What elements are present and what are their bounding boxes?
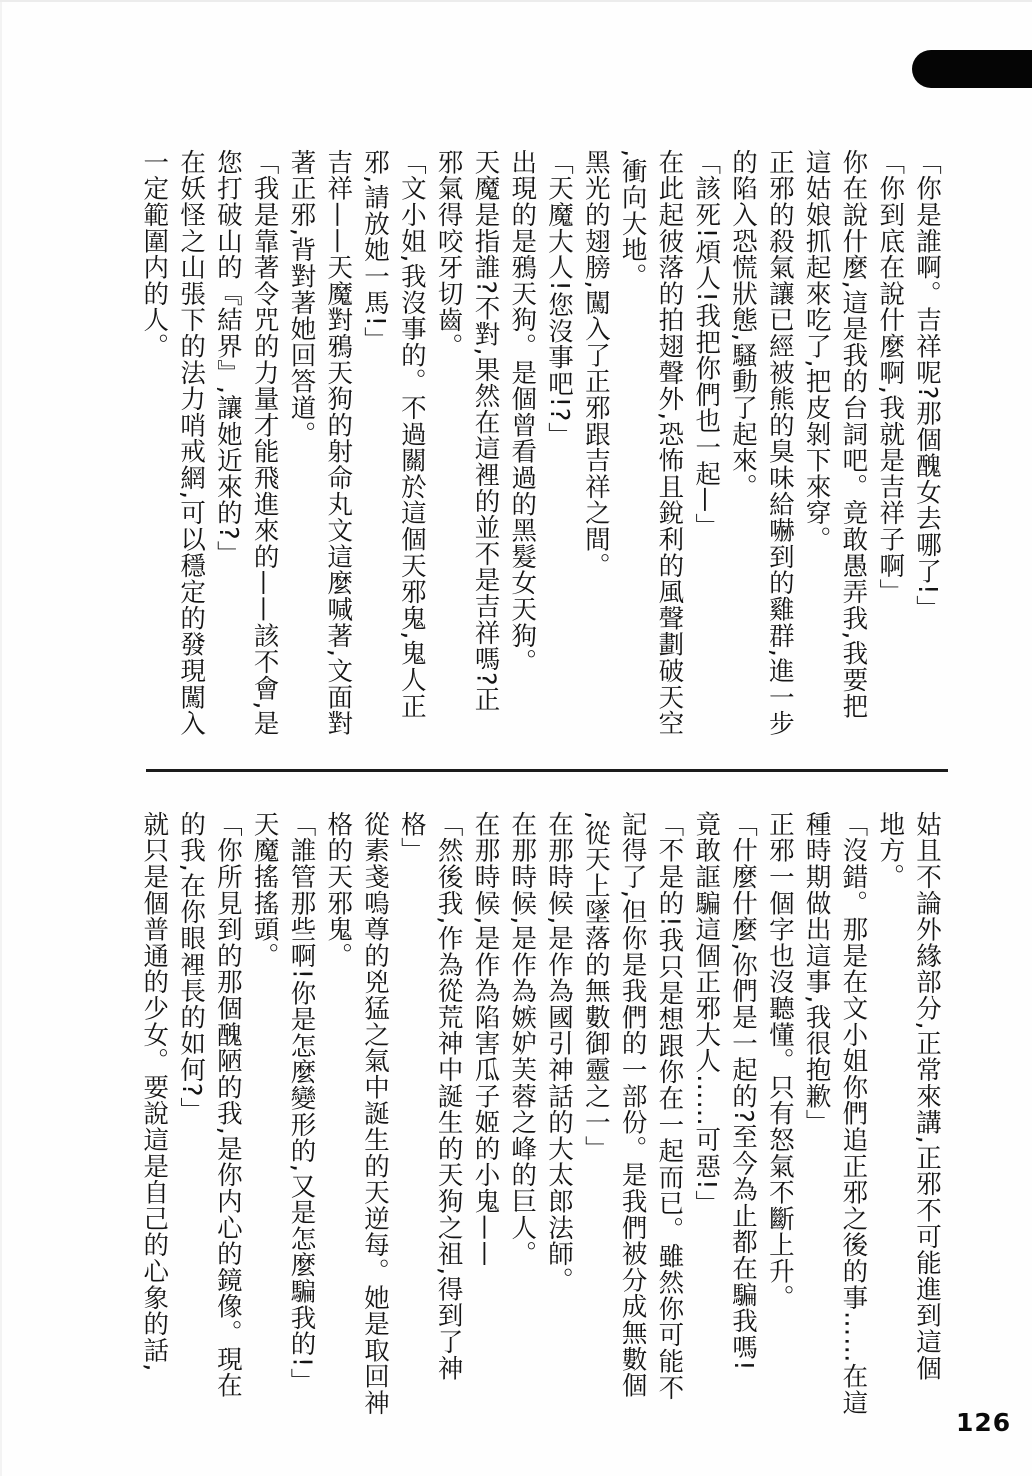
- text-line: 出現的是鴉天狗。是個曾看過的黑髮女天狗。: [503, 149, 540, 761]
- text-line: 「沒錯。那是在文小姐你們追正邪之後的事……在這: [835, 811, 872, 1429]
- text-line: ,衝向大地。: [614, 149, 651, 761]
- text-line: 就只是個普通的少女。要說這是自己的心象的話,: [135, 811, 172, 1429]
- text-line: 「你是誰啊。吉祥呢?那個醜女去哪了!」: [908, 149, 945, 761]
- text-line: 黑光的翅膀,闖入了正邪跟吉祥之間。: [577, 149, 614, 761]
- text-line: 格的天邪鬼。: [319, 811, 356, 1429]
- text-line: 竟敢誆騙這個正邪大人……可惡!」: [687, 811, 724, 1429]
- text-line: 正邪的殺氣讓已經被熊的臭味給嚇到的雞群,進一步: [761, 149, 798, 761]
- text-line: 天魔是指誰?不對,果然在這裡的並不是吉祥嗎?正: [467, 149, 504, 761]
- text-line: 姑且不論外緣部分,正常來講,正邪不可能進到這個: [908, 811, 945, 1429]
- text-line: 地方。: [871, 811, 908, 1429]
- text-line: 記得了,但你是我們的一部份。是我們被分成無數個: [614, 811, 651, 1429]
- text-line: 的陷入恐慌狀態,騷動了起來。: [724, 149, 761, 761]
- text-line: 「你到底在說什麼啊,我就是吉祥子啊」: [871, 149, 908, 761]
- text-line: 在那時候,是作為陷害瓜子姬的小鬼——: [467, 811, 504, 1429]
- text-line: 您打破山的『結界』,讓她近來的?」: [209, 149, 246, 761]
- text-line: 在那時候,是作為國引神話的大太郎法師。: [540, 811, 577, 1429]
- text-line: 在那時候,是作為嫉妒芙蓉之峰的巨人。: [503, 811, 540, 1429]
- text-line: 你在說什麼,這是我的台詞吧。竟敢愚弄我,我要把: [835, 149, 872, 761]
- top-text-block: 「你是誰啊。吉祥呢?那個醜女去哪了!」「你到底在說什麼啊,我就是吉祥子啊」你在說…: [133, 149, 945, 761]
- section-divider: [146, 769, 948, 772]
- text-line: 一定範圍内的人。: [135, 149, 172, 761]
- text-line: 「該死!煩人!我把你們也一起—」: [687, 149, 724, 761]
- chapter-tab-mark: [912, 50, 1032, 88]
- page-number: 126: [956, 1408, 1011, 1437]
- text-line: 邪,請放她一馬!」: [356, 149, 393, 761]
- text-line: 著正邪,背對著她回答道。: [283, 149, 320, 761]
- text-line: 「天魔大人!您沒事吧!?」: [540, 149, 577, 761]
- text-line: 從素戔嗚尊的兇猛之氣中誕生的天逆每。她是取回神: [356, 811, 393, 1429]
- text-line: 在妖怪之山張下的法力哨戒網,可以穩定的發現闖入: [172, 149, 209, 761]
- text-line: 正邪一個字也沒聽懂。只有怒氣不斷上升。: [761, 811, 798, 1429]
- text-line: 的我,在你眼裡長的如何?」: [172, 811, 209, 1429]
- text-line: 吉祥——天魔對鴉天狗的射命丸文這麼喊著,文面對: [319, 149, 356, 761]
- text-line: 天魔搖搖頭。: [246, 811, 283, 1429]
- text-line: 「誰管那些啊!你是怎麼變形的,又是怎麼騙我的!」: [283, 811, 320, 1429]
- text-line: ,從天上墜落的無數御靈之一」: [577, 811, 614, 1429]
- text-line: 「文小姐,我沒事的。不過關於這個天邪鬼,鬼人正: [393, 149, 430, 761]
- text-line: 「我是靠著令咒的力量才能飛進來的——該不會,是: [246, 149, 283, 761]
- text-line: 邪氣得咬牙切齒。: [430, 149, 467, 761]
- book-page: 「你是誰啊。吉祥呢?那個醜女去哪了!」「你到底在說什麼啊,我就是吉祥子啊」你在說…: [0, 0, 1032, 1476]
- text-line: 種時期做出這事,我很抱歉」: [798, 811, 835, 1429]
- text-line: 「然後我,作為從荒神中誕生的天狗之祖,得到了神: [430, 811, 467, 1429]
- text-line: 這姑娘抓起來吃了,把皮剝下來穿。: [798, 149, 835, 761]
- text-line: 「你所見到的那個醜陋的我,是你内心的鏡像。現在: [209, 811, 246, 1429]
- text-line: 「不是的!我只是想跟你在一起而已。雖然你可能不: [651, 811, 688, 1429]
- text-line: 在此起彼落的拍翅聲外,恐怖且銳利的風聲劃破天空: [651, 149, 688, 761]
- text-line: 格」: [393, 811, 430, 1429]
- text-line: 「什麼什麼,你們是一起的?至今為止都在騙我嗎!: [724, 811, 761, 1429]
- bottom-text-block: 姑且不論外緣部分,正常來講,正邪不可能進到這個地方。「沒錯。那是在文小姐你們追正…: [133, 811, 945, 1429]
